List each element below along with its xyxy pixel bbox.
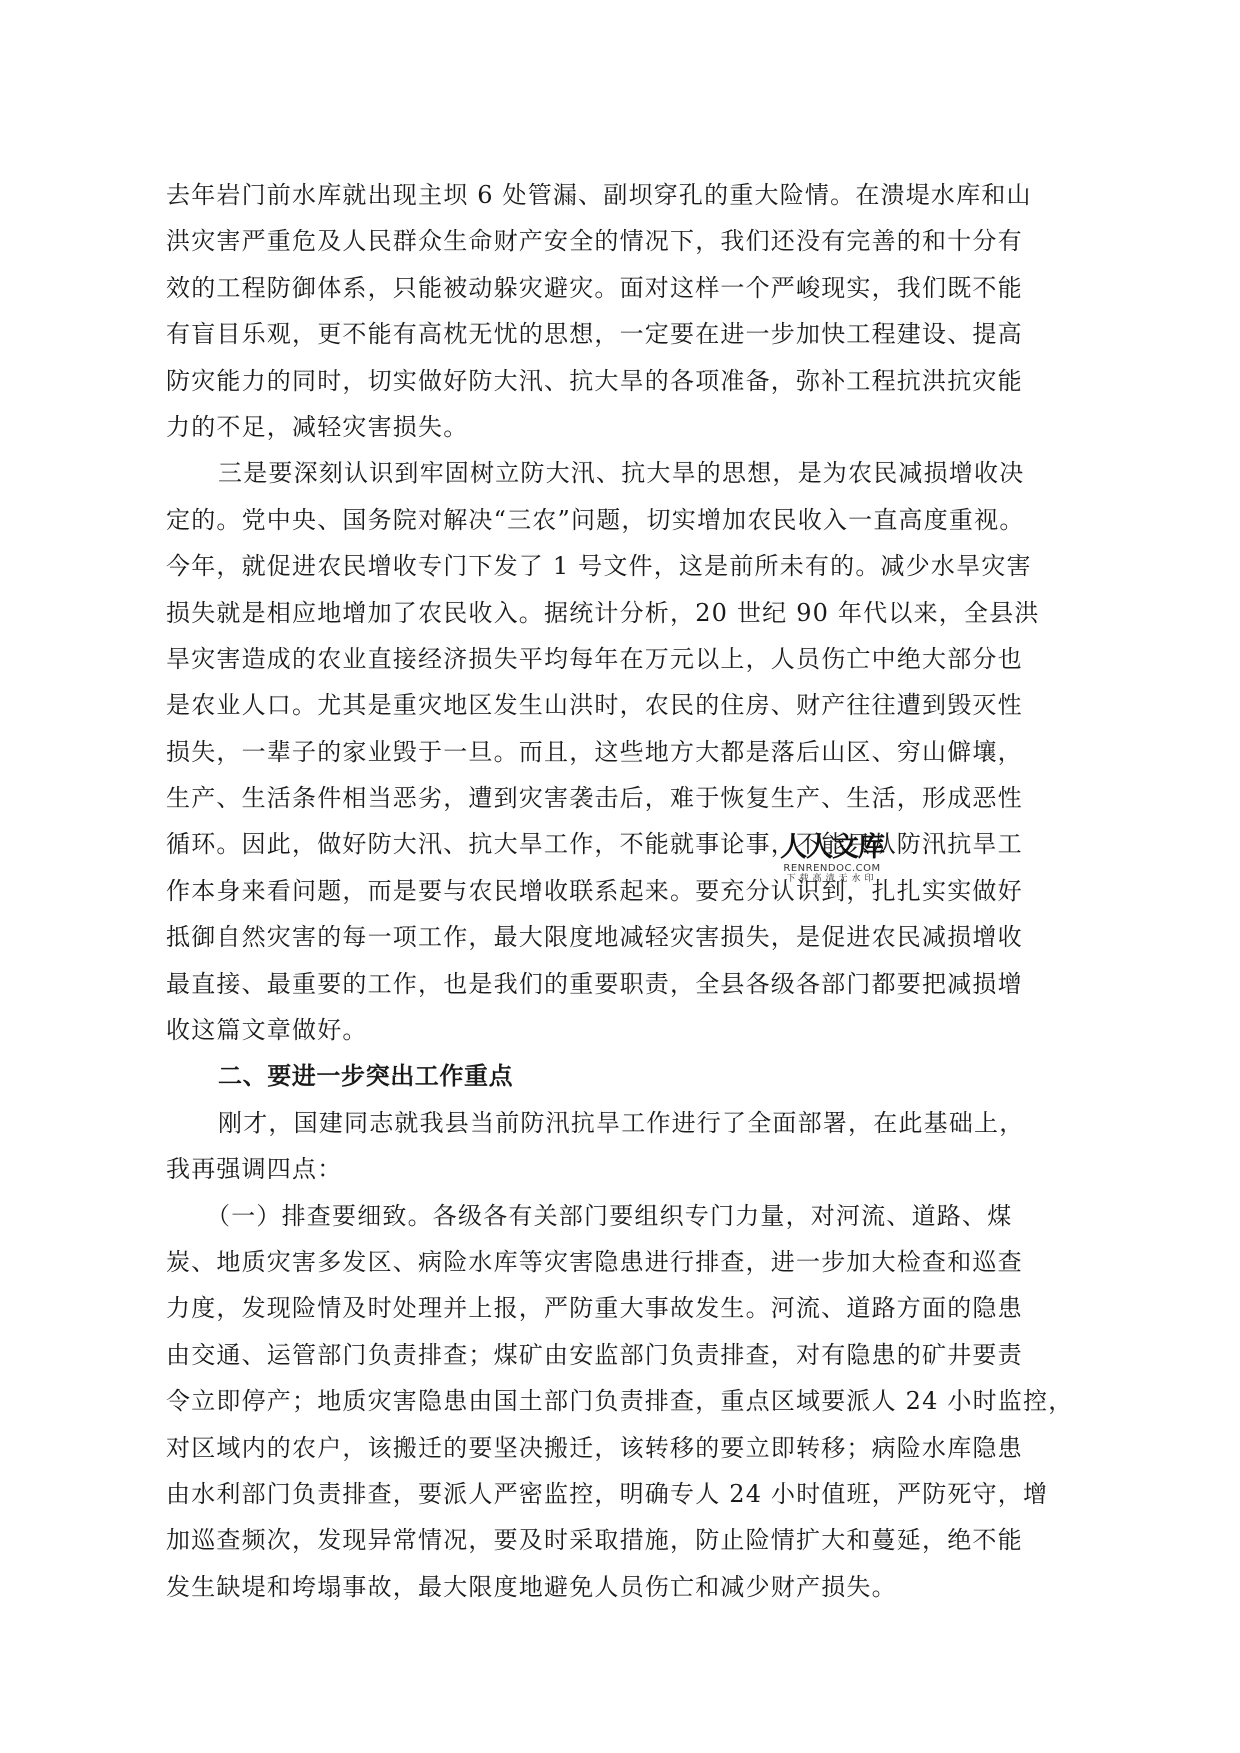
- text-line: 力的不足，减轻灾害损失。: [166, 404, 1066, 450]
- text-line: 作本身来看问题，而是要与农民增收联系起来。要充分认识到，扎扎实实做好: [166, 868, 1066, 914]
- text-line: 抵御自然灾害的每一项工作，最大限度地减轻灾害损失，是促进农民减损增收: [166, 914, 1066, 960]
- text-line: 炭、地质灾害多发区、病险水库等灾害隐患进行排查，进一步加大检查和巡查: [166, 1239, 1066, 1285]
- section-heading: 二、要进一步突出工作重点: [166, 1053, 1066, 1099]
- text-line: 加巡查频次，发现异常情况，要及时采取措施，防止险情扩大和蔓延，绝不能: [166, 1517, 1066, 1563]
- text-line: 旱灾害造成的农业直接经济损失平均每年在万元以上，人员伤亡中绝大部分也: [166, 636, 1066, 682]
- text-line: 有盲目乐观，更不能有高枕无忧的思想，一定要在进一步加快工程建设、提高: [166, 311, 1066, 357]
- subsection-start-line: （一）排查要细致。各级各有关部门要组织专门力量，对河流、道路、煤: [166, 1193, 1066, 1239]
- text-line: 防灾能力的同时，切实做好防大汛、抗大旱的各项准备，弥补工程抗洪抗灾能: [166, 358, 1066, 404]
- text-line: 生产、生活条件相当恶劣，遭到灾害袭击后，难于恢复生产、生活，形成恶性: [166, 775, 1066, 821]
- text-line: 今年，就促进农民增收专门下发了 1 号文件，这是前所未有的。减少水旱灾害: [166, 543, 1066, 589]
- text-line: 损失，一辈子的家业毁于一旦。而且，这些地方大都是落后山区、穷山僻壤，: [166, 729, 1066, 775]
- text-line: 损失就是相应地增加了农民收入。据统计分析，20 世纪 90 年代以来，全县洪: [166, 590, 1066, 636]
- text-line: 是农业人口。尤其是重灾地区发生山洪时，农民的住房、财产往往遭到毁灭性: [166, 682, 1066, 728]
- text-line: 由交通、运管部门负责排查；煤矿由安监部门负责排查，对有隐患的矿井要责: [166, 1332, 1066, 1378]
- text-line: 收这篇文章做好。: [166, 1007, 1066, 1053]
- text-line: 力度，发现险情及时处理并上报，严防重大事故发生。河流、道路方面的隐患: [166, 1285, 1066, 1331]
- text-line: 最直接、最重要的工作，也是我们的重要职责，全县各级各部门都要把减损增: [166, 961, 1066, 1007]
- text-line: 洪灾害严重危及人民群众生命财产安全的情况下，我们还没有完善的和十分有: [166, 218, 1066, 264]
- document-body: 去年岩门前水库就出现主坝 6 处管漏、副坝穿孔的重大险情。在溃堤水库和山 洪灾害…: [166, 172, 1066, 1610]
- paragraph-start-line: 三是要深刻认识到牢固树立防大汛、抗大旱的思想，是为农民减损增收决: [166, 450, 1066, 496]
- text-line: 令立即停产；地质灾害隐患由国土部门负责排查，重点区域要派人 24 小时监控，: [166, 1378, 1066, 1424]
- text-line: 效的工程防御体系，只能被动躲灾避灾。面对这样一个严峻现实，我们既不能: [166, 265, 1066, 311]
- text-line: 我再强调四点：: [166, 1146, 1066, 1192]
- document-page: 去年岩门前水库就出现主坝 6 处管漏、副坝穿孔的重大险情。在溃堤水库和山 洪灾害…: [0, 0, 1240, 1753]
- text-line: 定的。党中央、国务院对解决“三农”问题，切实增加农民收入一直高度重视。: [166, 497, 1066, 543]
- paragraph-start-line: 刚才，国建同志就我县当前防汛抗旱工作进行了全面部署，在此基础上，: [166, 1100, 1066, 1146]
- text-line: 对区域内的农户，该搬迁的要坚决搬迁，该转移的要立即转移；病险水库隐患: [166, 1425, 1066, 1471]
- text-line: 发生缺堤和垮塌事故，最大限度地避免人员伤亡和减少财产损失。: [166, 1564, 1066, 1610]
- text-line: 由水利部门负责排查，要派人严密监控，明确专人 24 小时值班，严防死守，增: [166, 1471, 1066, 1517]
- text-line: 循环。因此，做好防大汛、抗大旱工作，不能就事论事，不能只从防汛抗旱工: [166, 821, 1066, 867]
- text-line: 去年岩门前水库就出现主坝 6 处管漏、副坝穿孔的重大险情。在溃堤水库和山: [166, 172, 1066, 218]
